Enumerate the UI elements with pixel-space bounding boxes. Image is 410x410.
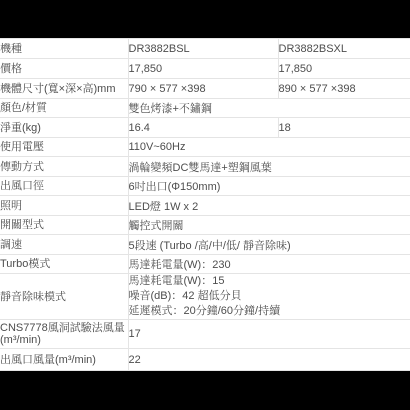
spec-row: 傳動方式渦輪變頻DC雙馬達+塑鋼風葉	[0, 157, 410, 177]
spec-value: 17,850	[278, 59, 410, 79]
spec-value: DR3882BSXL	[278, 39, 410, 59]
spec-label: 價格	[0, 59, 128, 79]
spec-row: 開關型式觸控式開關	[0, 216, 410, 235]
spec-label: Turbo模式	[0, 255, 128, 274]
spec-value: 馬達耗電量(W)：15噪音(dB)：42 超低分貝延遲模式：20分鐘/60分鐘/…	[128, 274, 410, 320]
spec-label: 出風口徑	[0, 177, 128, 196]
spec-label: 照明	[0, 196, 128, 216]
spec-label: 機種	[0, 39, 128, 59]
spec-row: Turbo模式馬達耗電量(W)：230	[0, 255, 410, 274]
spec-value: 890 × 577 ×398	[278, 79, 410, 99]
spec-value: 22	[128, 349, 410, 371]
spec-row: 價格17,85017,850	[0, 59, 410, 79]
spec-value: 6吋出口(Φ150mm)	[128, 177, 410, 196]
spec-value: 110V~60Hz	[128, 138, 410, 157]
bottom-black-bar	[0, 371, 410, 410]
spec-value: 觸控式開關	[128, 216, 410, 235]
spec-row: 機體尺寸(寬×深×高)mm790 × 577 ×398890 × 577 ×39…	[0, 79, 410, 99]
spec-label: 顏色/材質	[0, 99, 128, 118]
spec-row: 出風口風量(m³/min)22	[0, 349, 410, 371]
spec-value: 18	[278, 118, 410, 138]
spec-label: 使用電壓	[0, 138, 128, 157]
spec-value: 17	[128, 320, 410, 349]
spec-table: 機種DR3882BSLDR3882BSXL價格17,85017,850機體尺寸(…	[0, 38, 410, 371]
spec-row: 調速5段速 (Turbo /高/中/低/ 靜音除味)	[0, 235, 410, 255]
spec-value: LED燈 1W x 2	[128, 196, 410, 216]
spec-value: 5段速 (Turbo /高/中/低/ 靜音除味)	[128, 235, 410, 255]
spec-value: 17,850	[128, 59, 278, 79]
spec-label: 靜音除味模式	[0, 274, 128, 320]
spec-row: CNS7778風洞試驗法風量(m³/min)17	[0, 320, 410, 349]
spec-label: 調速	[0, 235, 128, 255]
spec-value: 渦輪變頻DC雙馬達+塑鋼風葉	[128, 157, 410, 177]
spec-row: 照明LED燈 1W x 2	[0, 196, 410, 216]
spec-label: 開關型式	[0, 216, 128, 235]
spec-table-area: 機種DR3882BSLDR3882BSXL價格17,85017,850機體尺寸(…	[0, 38, 410, 371]
spec-row: 顏色/材質雙色烤漆+不鏽鋼	[0, 99, 410, 118]
spec-value: DR3882BSL	[128, 39, 278, 59]
spec-row: 機種DR3882BSLDR3882BSXL	[0, 39, 410, 59]
spec-value: 馬達耗電量(W)：230	[128, 255, 410, 274]
spec-label: 淨重(kg)	[0, 118, 128, 138]
spec-label: 機體尺寸(寬×深×高)mm	[0, 79, 128, 99]
spec-row: 靜音除味模式馬達耗電量(W)：15噪音(dB)：42 超低分貝延遲模式：20分鐘…	[0, 274, 410, 320]
spec-value: 雙色烤漆+不鏽鋼	[128, 99, 410, 118]
spec-value: 16.4	[128, 118, 278, 138]
spec-label: 傳動方式	[0, 157, 128, 177]
spec-row: 使用電壓110V~60Hz	[0, 138, 410, 157]
screenshot-root: 機種DR3882BSLDR3882BSXL價格17,85017,850機體尺寸(…	[0, 0, 410, 410]
spec-row: 淨重(kg)16.418	[0, 118, 410, 138]
top-black-bar	[0, 0, 410, 38]
spec-row: 出風口徑6吋出口(Φ150mm)	[0, 177, 410, 196]
spec-table-body: 機種DR3882BSLDR3882BSXL價格17,85017,850機體尺寸(…	[0, 39, 410, 371]
spec-label: 出風口風量(m³/min)	[0, 349, 128, 371]
spec-value: 790 × 577 ×398	[128, 79, 278, 99]
spec-label: CNS7778風洞試驗法風量(m³/min)	[0, 320, 128, 349]
